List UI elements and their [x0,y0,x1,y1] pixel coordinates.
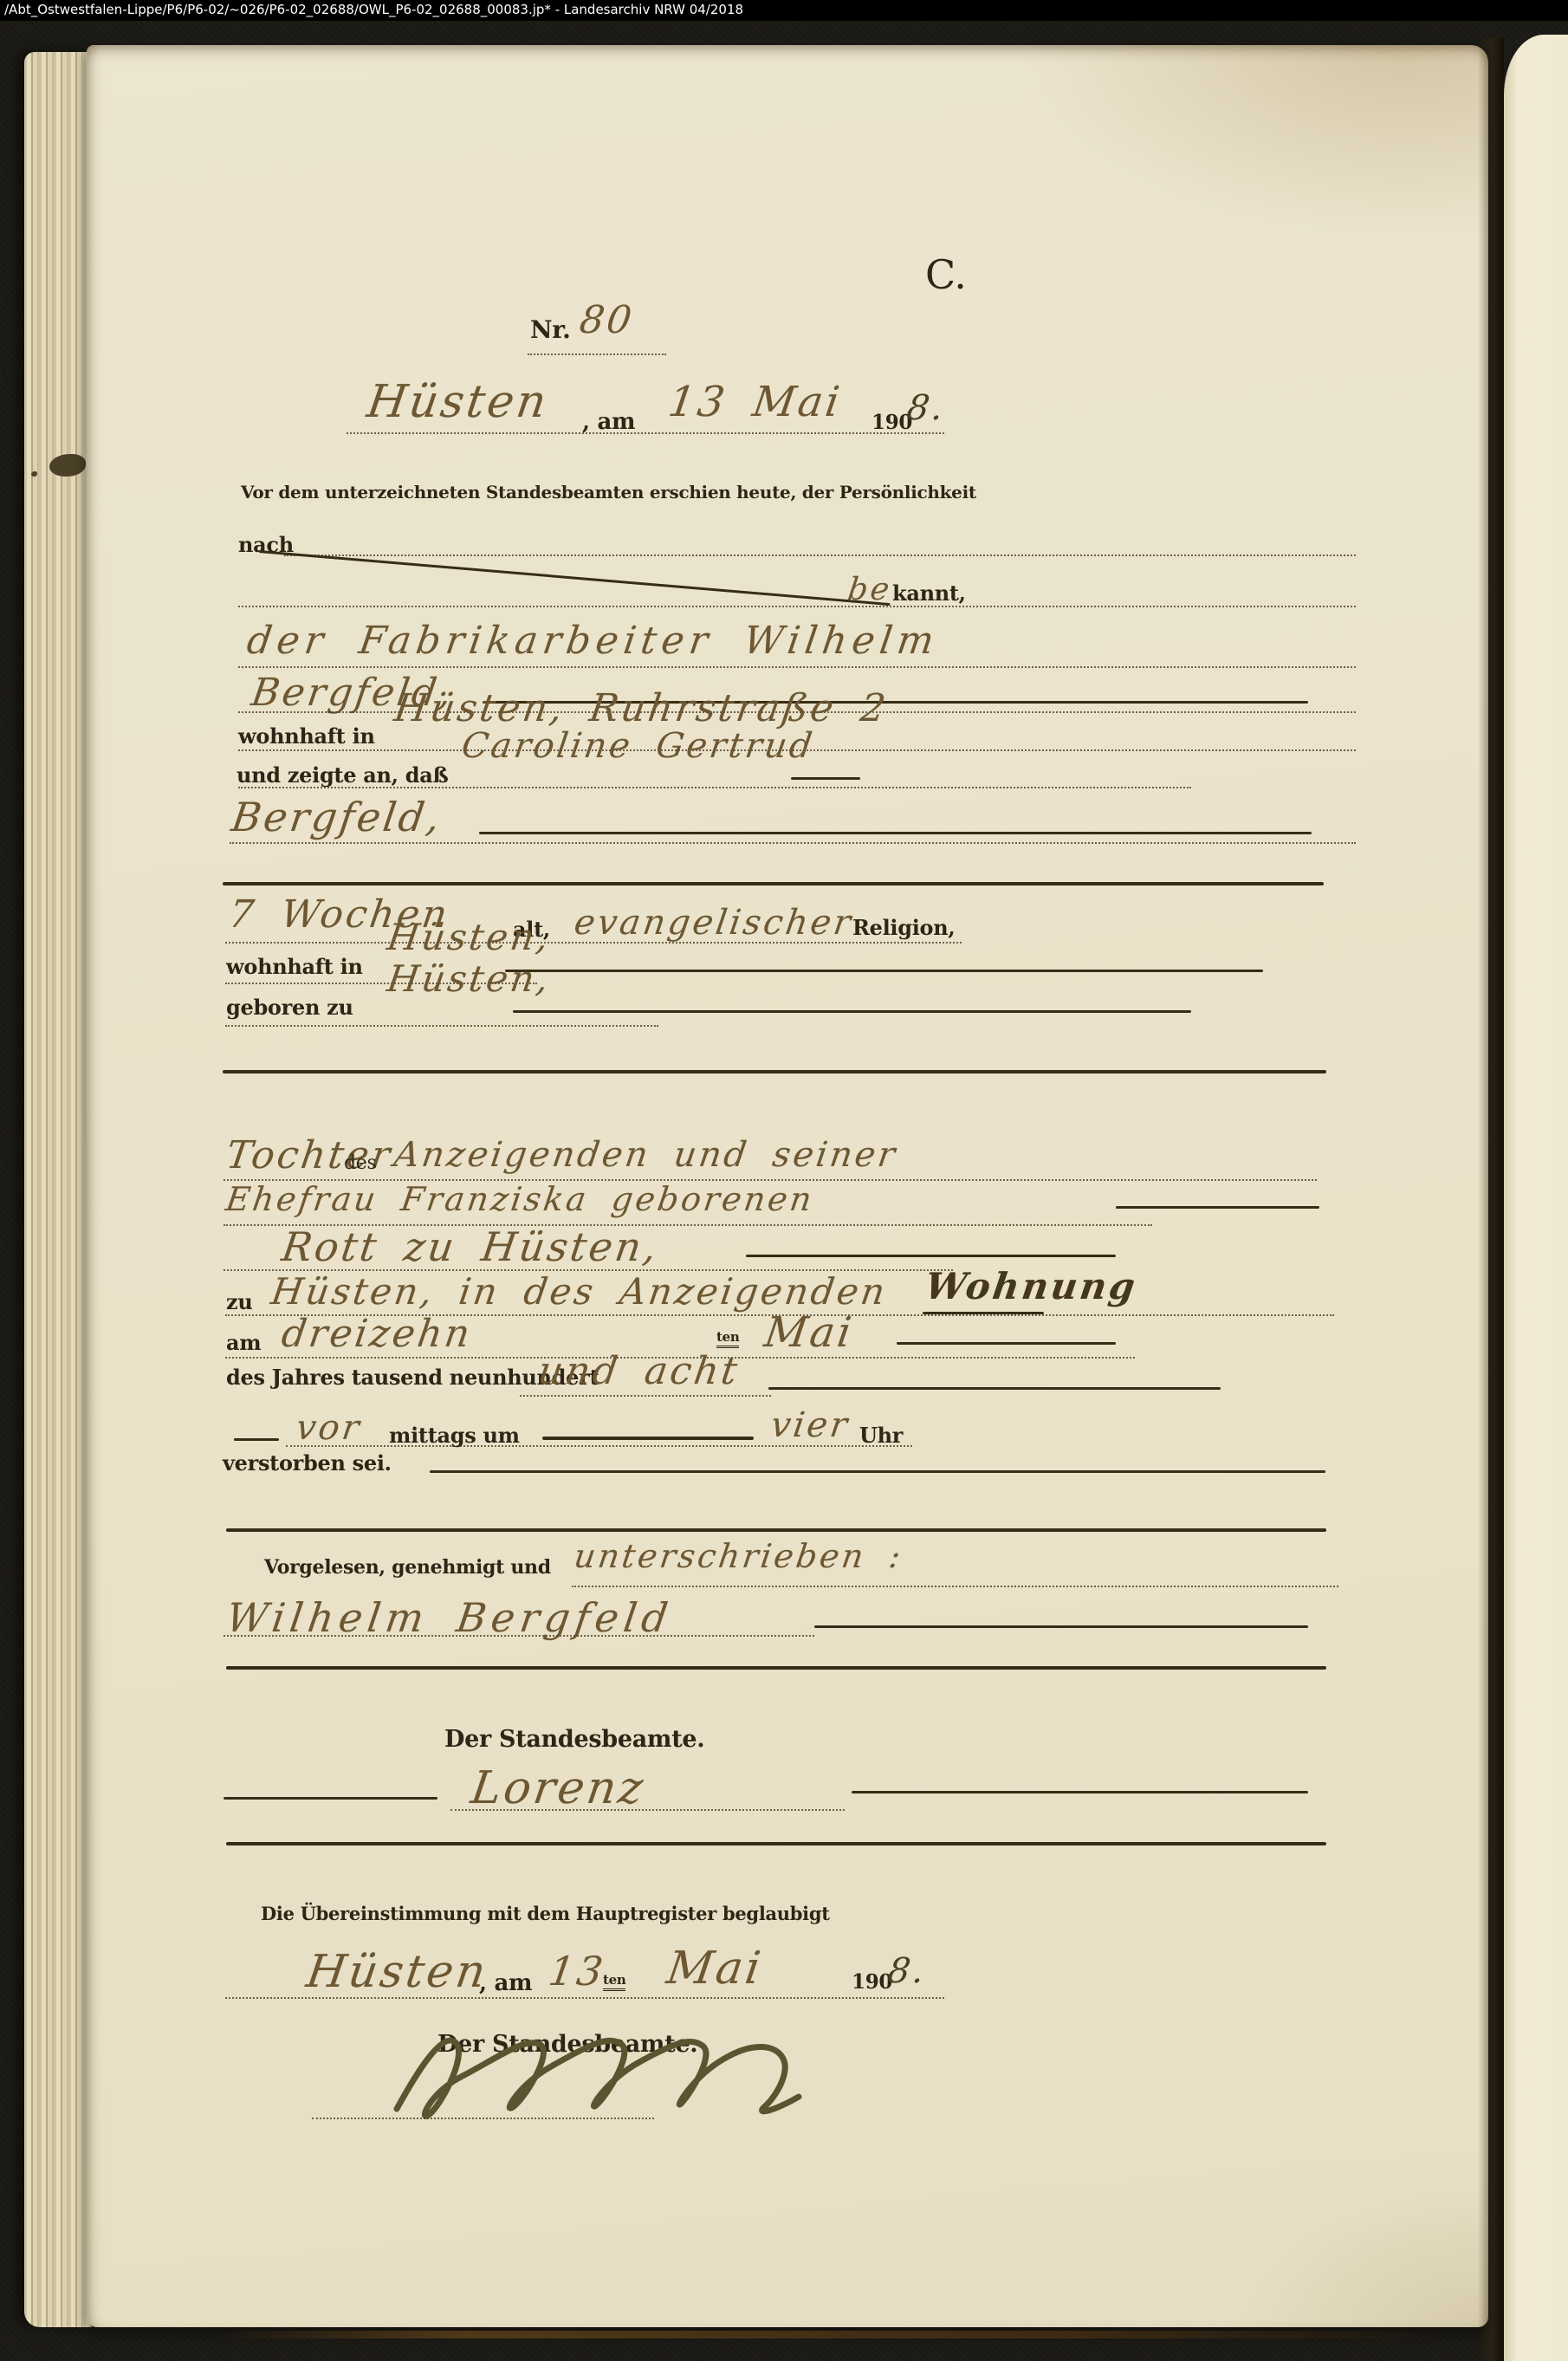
uhr-label: Uhr [859,1423,903,1448]
ink-line [430,1470,1325,1473]
mittags-label: mittags um [389,1423,520,1448]
certification-line: Die Übereinstimmung mit dem Hauptregiste… [261,1903,830,1924]
ink-line [234,1438,279,1441]
scan-background: C. Nr. 80 Hüsten , am 13 Mai 190 8. Vor … [0,21,1568,2361]
ink-line [791,777,860,780]
dotted-line [238,787,1191,788]
death-place-value: Hüsten, in des Anzeigenden [269,1270,890,1313]
ink-line [768,1387,1221,1390]
ink-line [542,1437,754,1440]
attestation-handwritten: unterschrieben : [572,1537,905,1575]
section-rule [223,882,1324,885]
born-label: geboren zu [226,995,353,1020]
certification-day: 13 [546,1948,608,1995]
dotted-line [225,942,962,944]
residence2-value: Hüsten, [385,916,554,958]
left-page-edges [24,52,92,2327]
dotted-line [224,1635,814,1637]
relation-line2: Ehefrau Franziska geborenen [224,1180,817,1218]
strike-through-line [259,550,891,606]
register-page: C. Nr. 80 Hüsten , am 13 Mai 190 8. Vor … [87,45,1488,2327]
certification-year-handwritten: 8. [885,1951,930,1991]
certification-am-label: , am [479,1970,532,1996]
be-handwritten: be [846,572,894,607]
corner-letter: C. [925,251,967,298]
certification-place: Hüsten [303,1946,491,1998]
dotted-line [312,2118,654,2119]
kannt-label: kannt, [892,581,966,606]
ink-line [224,1797,437,1800]
dotted-line [225,1025,658,1027]
des-label: des [344,1152,377,1174]
dotted-line [528,354,666,355]
section-rule [226,1528,1326,1532]
dotted-line [347,432,944,434]
registrar-signature: Lorenz [468,1762,649,1814]
ink-line [1116,1206,1319,1209]
dotted-line [572,1586,1338,1587]
dotted-line [284,555,1356,556]
hour-value: vier [768,1405,852,1445]
closing-label: verstorben sei. [223,1450,392,1476]
religion-label: Religion, [852,915,955,940]
child-surname: Bergfeld, [229,794,445,840]
residence-label: wohnhaft in [238,723,375,749]
relation-hw2: Anzeigenden und seiner [392,1135,900,1175]
intro-line1: Vor dem unterzeichneten Standesbeamten e… [241,482,976,503]
registrar-label: Der Standesbeamte. [444,1726,704,1753]
section-rule [226,1666,1326,1670]
dotted-line [225,1997,944,1999]
book-gutter-shadow [1478,38,1504,2361]
dotted-line [238,606,1356,607]
ten-label: ten [716,1329,739,1348]
residence2-label: wohnhaft in [226,954,363,979]
vor-value: vor [294,1408,364,1448]
ink-line [746,1255,1116,1257]
registrar-signature-flourish [390,2020,840,2133]
viewer-titlebar: /Abt_Ostwestfalen-Lippe/P6/P6-02/~026/P6… [0,0,1568,21]
zu-label: zu [226,1289,252,1314]
child-given-names: Caroline Gertrud [459,726,817,766]
declarant-signature: Wilhelm Bergfeld [224,1594,676,1641]
dotted-line [520,1395,771,1397]
dotted-line [286,1445,912,1447]
birthplace-value: Hüsten, [385,957,554,1000]
attestation-printed: Vorgelesen, genehmigt und [264,1556,551,1579]
residence-value: Hüsten, Ruhrstraße 2 [392,686,891,730]
death-month-value: Mai [761,1308,857,1357]
relation-line3: Rott zu Hüsten, [279,1223,662,1270]
dotted-line [450,1809,845,1811]
dotted-line [238,666,1356,668]
dateline-day-month: 13 Mai [665,378,845,426]
announce-label: und zeigte an, daß [236,762,448,788]
file-path-text: /Abt_Ostwestfalen-Lippe/P6/P6-02/~026/P6… [4,2,743,17]
dateline-am-label: , am [582,409,635,435]
ink-line [479,832,1312,834]
death-place-wohnung: Wohnung [923,1265,1140,1307]
religion-value: evangelischer [572,903,856,943]
dotted-line [230,842,1356,844]
section-rule [223,1070,1326,1073]
section-rule [226,1842,1326,1845]
ink-line [814,1625,1308,1628]
certification-ten-label: ten [603,1972,625,1991]
year-value: und acht [535,1349,742,1393]
dateline-year-handwritten: 8. [904,388,949,428]
am-label: am [226,1330,261,1355]
record-no-value: 80 [577,298,637,342]
ink-line [505,970,1263,972]
ink-line [513,1010,1191,1013]
ink-line [897,1342,1116,1345]
death-day-value: dreizehn [279,1312,475,1356]
record-no-label: Nr. [530,315,571,344]
declarant-line1: der Fabrikarbeiter Wilhelm [244,619,942,663]
certification-month: Mai [664,1943,766,1995]
adjacent-page-edge [1504,35,1568,2361]
ink-line [852,1791,1308,1793]
worn-cover-edge [217,2331,1447,2338]
dateline-place: Hüsten [364,376,552,428]
